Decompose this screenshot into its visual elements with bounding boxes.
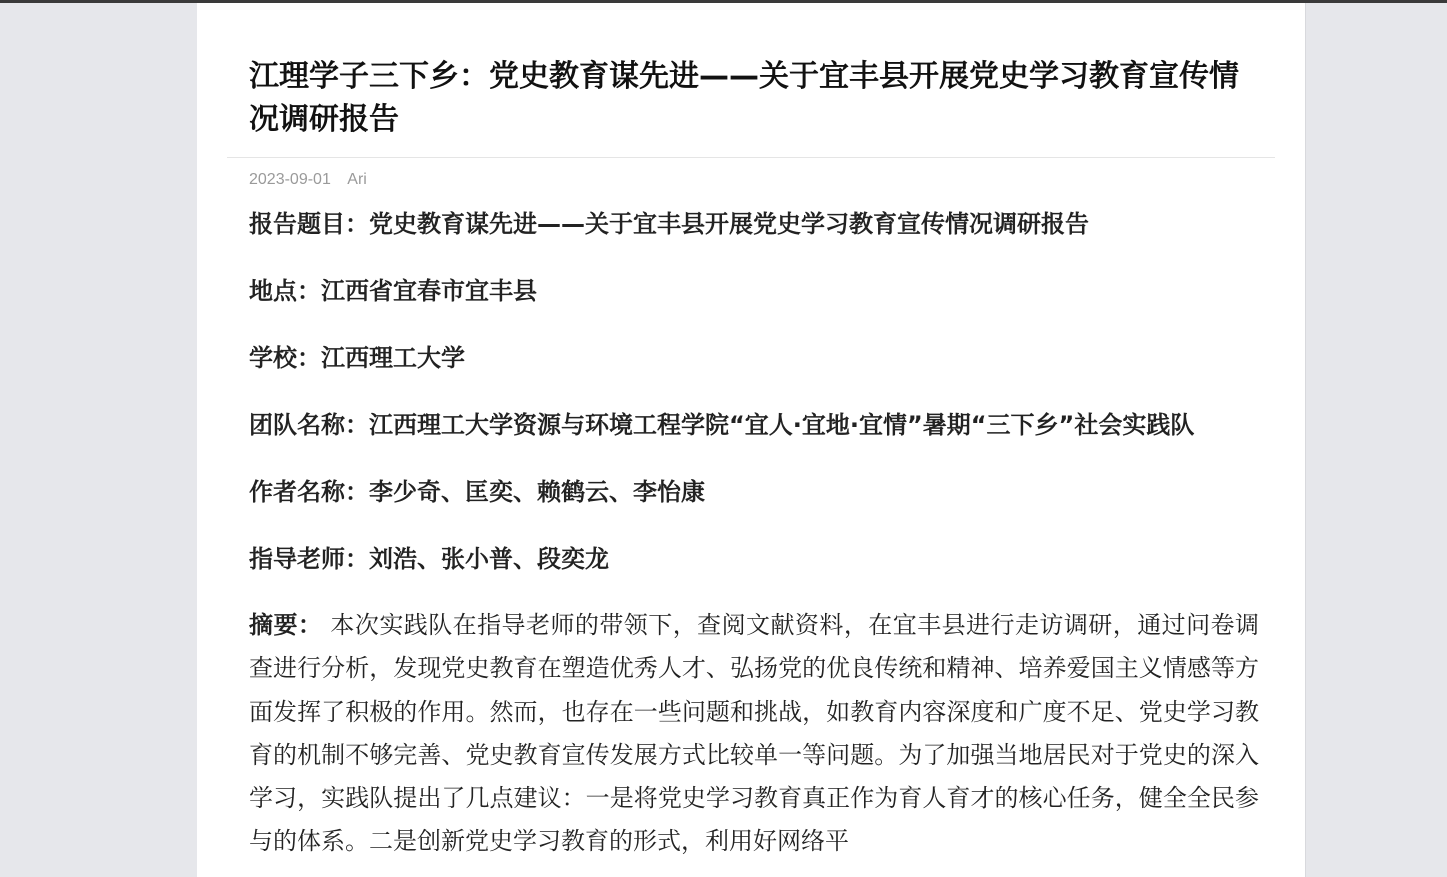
field-label: 指导老师： bbox=[249, 545, 369, 573]
field-value: 刘浩、张小普、段奕龙 bbox=[369, 545, 609, 573]
field-authors: 作者名称：李少奇、匡奕、赖鹤云、李怡康 bbox=[249, 475, 1259, 509]
abstract-label: 摘要： bbox=[249, 611, 322, 639]
field-label: 地点： bbox=[249, 277, 321, 305]
field-report-title: 报告题目：党史教育谋先进——关于宜丰县开展党史学习教育宣传情况调研报告 bbox=[249, 207, 1259, 241]
article-meta: 2023-09-01 Ari bbox=[249, 169, 367, 191]
author-name[interactable]: Ari bbox=[347, 171, 367, 188]
abstract-paragraph: 摘要： 本次实践队在指导老师的带领下，查阅文献资料，在宜丰县进行走访调研，通过问… bbox=[249, 604, 1259, 864]
field-value: 江西理工大学 bbox=[321, 344, 465, 372]
field-school: 学校：江西理工大学 bbox=[249, 341, 1259, 375]
field-label: 作者名称： bbox=[249, 478, 369, 506]
field-value: 李少奇、匡奕、赖鹤云、李怡康 bbox=[369, 478, 705, 506]
field-location: 地点：江西省宜春市宜丰县 bbox=[249, 274, 1259, 308]
field-label: 学校： bbox=[249, 344, 321, 372]
publish-date: 2023-09-01 bbox=[249, 171, 331, 188]
field-value: 江西省宜春市宜丰县 bbox=[321, 277, 537, 305]
field-value: 党史教育谋先进——关于宜丰县开展党史学习教育宣传情况调研报告 bbox=[369, 210, 1089, 238]
abstract-text: 本次实践队在指导老师的带领下，查阅文献资料，在宜丰县进行走访调研，通过问卷调查进… bbox=[249, 611, 1259, 855]
article-title: 江理学子三下乡：党史教育谋先进——关于宜丰县开展党史学习教育宣传情况调研报告 bbox=[249, 55, 1259, 141]
field-label: 报告题目： bbox=[249, 210, 369, 238]
field-label: 团队名称： bbox=[249, 411, 369, 439]
field-value: 江西理工大学资源与环境工程学院“宜人·宜地·宜情”暑期“三下乡”社会实践队 bbox=[369, 411, 1194, 439]
title-divider bbox=[227, 157, 1275, 158]
field-advisors: 指导老师：刘浩、张小普、段奕龙 bbox=[249, 542, 1259, 576]
article-page: 江理学子三下乡：党史教育谋先进——关于宜丰县开展党史学习教育宣传情况调研报告 2… bbox=[197, 3, 1306, 877]
article-body: 报告题目：党史教育谋先进——关于宜丰县开展党史学习教育宣传情况调研报告 地点：江… bbox=[249, 207, 1259, 864]
field-team-name: 团队名称：江西理工大学资源与环境工程学院“宜人·宜地·宜情”暑期“三下乡”社会实… bbox=[249, 408, 1259, 442]
